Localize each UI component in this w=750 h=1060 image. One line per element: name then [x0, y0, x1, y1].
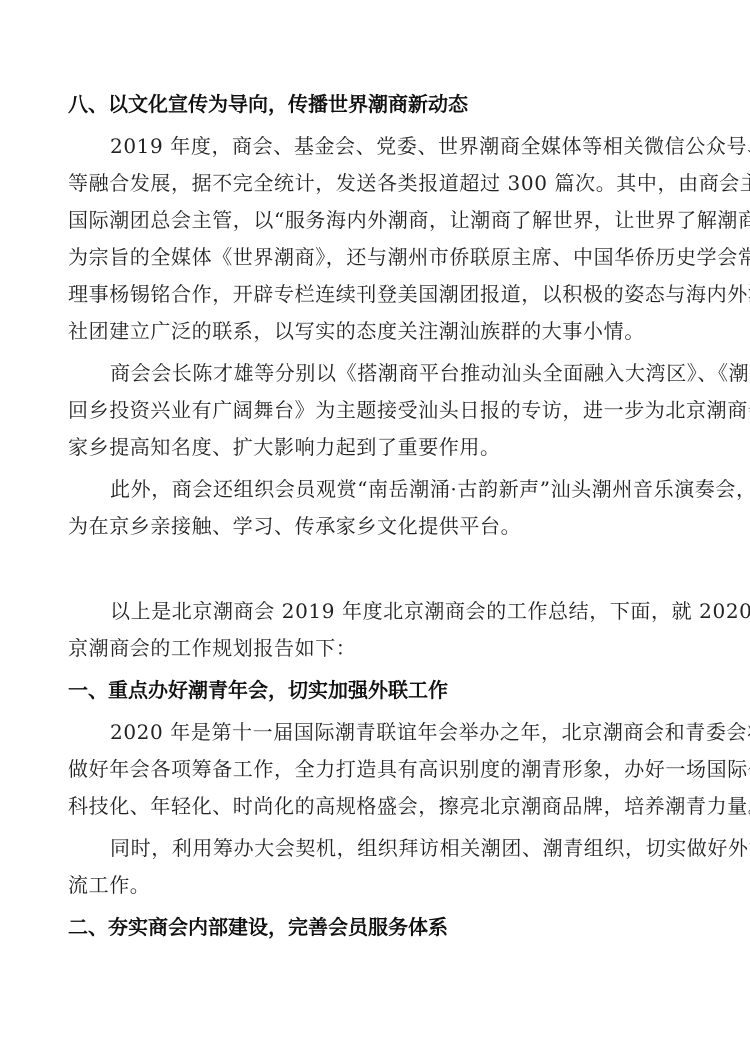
text-line: 社团建立广泛的联系，以写实的态度关注潮汕族群的大事小情。	[68, 313, 684, 350]
paragraph-concert: 此外，商会还组织会员观赏“南岳潮涌·古韵新声”汕头潮州音乐演奏会， 为在京乡亲接…	[68, 471, 684, 545]
text-line: 为在京乡亲接触、学习、传承家乡文化提供平台。	[68, 508, 684, 545]
text-line: 流工作。	[68, 867, 684, 904]
text-line: 理事杨锡铭合作，开辟专栏连续刊登美国潮团报道，以积极的姿态与海内外潮属	[68, 276, 684, 313]
text-line: 以上是北京潮商会 2019 年度北京潮商会的工作总结，下面，就 2020 年度北	[68, 593, 684, 630]
text-line: 科技化、年轻化、时尚化的高规格盛会，擦亮北京潮商品牌，培养潮青力量。	[68, 788, 684, 825]
text-line: 为宗旨的全媒体《世界潮商》，还与潮州市侨联原主席、中国华侨历史学会常务	[68, 239, 684, 276]
section-heading-youth-conference: 一、重点办好潮青年会，切实加强外联工作	[68, 672, 684, 709]
text-line: 此外，商会还组织会员观赏“南岳潮涌·古韵新声”汕头潮州音乐演奏会，	[68, 471, 684, 508]
text-line: 商会会长陈才雄等分别以《搭潮商平台推动汕头全面融入大湾区》、《潮商	[68, 355, 684, 392]
text-line: 等融合发展，据不完全统计，发送各类报道超过 300 篇次。其中，由商会主办，	[68, 165, 684, 202]
text-line: 国际潮团总会主管，以“服务海内外潮商，让潮商了解世界，让世界了解潮商”	[68, 202, 684, 239]
text-line: 做好年会各项筹备工作，全力打造具有高识别度的潮青形象，办好一场国际化、	[68, 751, 684, 788]
text-line: 2019 年度，商会、基金会、党委、世界潮商全媒体等相关微信公众号、网站	[68, 128, 684, 165]
section-heading-internal-construction: 二、夯实商会内部建设，完善会员服务体系	[68, 909, 684, 946]
text-line: 2020 年是第十一届国际潮青联谊年会举办之年，北京潮商会和青委会将积极	[68, 714, 684, 751]
document-page: 八、以文化宣传为导向，传播世界潮商新动态 2019 年度，商会、基金会、党委、世…	[68, 86, 684, 951]
blank-line	[68, 550, 684, 593]
text-line: 京潮商会的工作规划报告如下：	[68, 630, 684, 667]
section-heading-culture-promotion: 八、以文化宣传为导向，传播世界潮商新动态	[68, 86, 684, 123]
paragraph-external-visits: 同时，利用筹办大会契机，组织拜访相关潮团、潮青组织，切实做好外访交 流工作。	[68, 830, 684, 904]
paragraph-youth-conference: 2020 年是第十一届国际潮青联谊年会举办之年，北京潮商会和青委会将积极 做好年…	[68, 714, 684, 825]
text-line: 回乡投资兴业有广阔舞台》为主题接受汕头日报的专访，进一步为北京潮商会在	[68, 392, 684, 429]
text-line: 家乡提高知名度、扩大影响力起到了重要作用。	[68, 429, 684, 466]
paragraph-media-reports: 2019 年度，商会、基金会、党委、世界潮商全媒体等相关微信公众号、网站 等融合…	[68, 128, 684, 350]
paragraph-interviews: 商会会长陈才雄等分别以《搭潮商平台推动汕头全面融入大湾区》、《潮商 回乡投资兴业…	[68, 355, 684, 466]
paragraph-summary: 以上是北京潮商会 2019 年度北京潮商会的工作总结，下面，就 2020 年度北…	[68, 593, 684, 667]
text-line: 同时，利用筹办大会契机，组织拜访相关潮团、潮青组织，切实做好外访交	[68, 830, 684, 867]
